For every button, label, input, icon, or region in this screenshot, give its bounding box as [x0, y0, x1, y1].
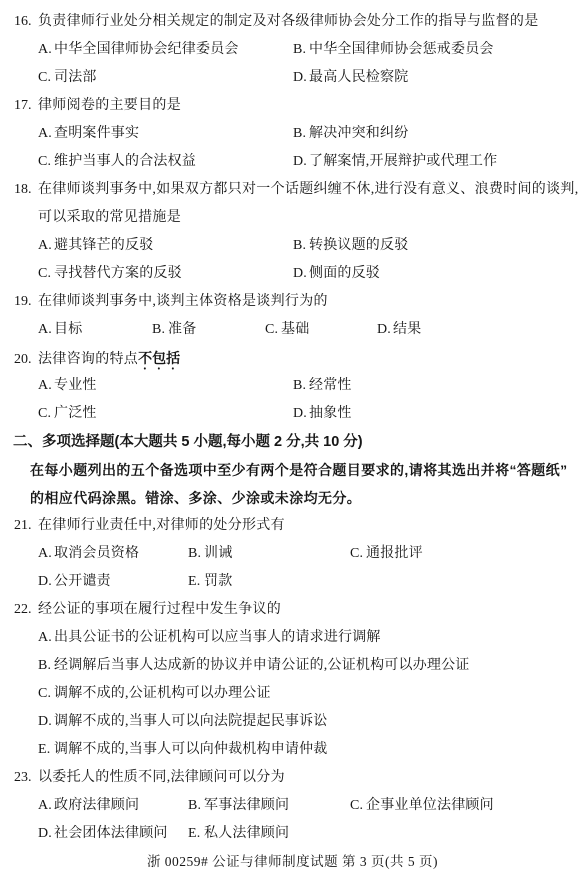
option-20-A: A.专业性 [38, 372, 97, 400]
option-19-C: C.基础 [265, 316, 309, 344]
option-16-C: C.司法部 [38, 64, 97, 92]
question-16-text: 负责律师行业处分相关规定的制定及对各级律师协会处分工作的指导与监督的是 [38, 14, 539, 29]
question-21-number: 21. [14, 512, 38, 540]
section-2-instruction-line1: 在每小题列出的五个备选项中至少有两个是符合题目要求的,请将其选出并将“答题纸” [0, 456, 585, 484]
option-18-C: C.寻找替代方案的反驳 [38, 260, 182, 288]
question-21-options-row-1: A.取消会员资格 B.训诫 C.通报批评 [0, 540, 585, 568]
option-17-A: A.查明案件事实 [38, 120, 139, 148]
question-23-text: 以委托人的性质不同,法律顾问可以分为 [38, 770, 285, 785]
option-23-E: E.私人法律顾问 [188, 820, 289, 848]
option-19-B: B.准备 [152, 316, 196, 344]
question-20-emphasis: 不包括 [138, 350, 180, 366]
question-23-options-row-1: A.政府法律顾问 B.军事法律顾问 C.企事业单位法律顾问 [0, 792, 585, 820]
question-22-number: 22. [14, 596, 38, 624]
question-20-number: 20. [14, 346, 38, 374]
question-23-options-row-2: D.社会团体法律顾问 E.私人法律顾问 [0, 820, 585, 848]
option-17-D: D.了解案情,开展辩护或代理工作 [293, 148, 497, 176]
option-22-B: B.经调解后当事人达成新的协议并申请公证的,公证机构可以办理公证 [38, 652, 470, 680]
question-22-text: 经公证的事项在履行过程中发生争议的 [38, 602, 281, 617]
option-21-B: B.训诫 [188, 540, 232, 568]
question-18: 18.在律师谈判事务中,如果双方都只对一个话题纠缠不休,进行没有意义、浪费时间的… [0, 176, 585, 204]
question-17: 17.律师阅卷的主要目的是 [0, 92, 585, 120]
option-23-A: A.政府法律顾问 [38, 792, 139, 820]
option-23-C: C.企事业单位法律顾问 [350, 792, 494, 820]
question-23-number: 23. [14, 764, 38, 792]
option-21-A: A.取消会员资格 [38, 540, 139, 568]
option-21-C: C.通报批评 [350, 540, 423, 568]
option-17-C: C.维护当事人的合法权益 [38, 148, 196, 176]
question-19-text: 在律师谈判事务中,谈判主体资格是谈判行为的 [38, 294, 328, 309]
option-18-B: B.转换议题的反驳 [293, 232, 408, 260]
section-2-instruction-line2: 的相应代码涂黑。错涂、多涂、少涂或未涂均无分。 [0, 484, 585, 512]
option-20-C: C.广泛性 [38, 400, 97, 428]
option-22-C: C.调解不成的,公证机构可以办理公证 [38, 680, 271, 708]
question-20-text: 法律咨询的特点 [38, 352, 138, 367]
question-22-option-B-row: B.经调解后当事人达成新的协议并申请公证的,公证机构可以办理公证 [0, 652, 585, 680]
question-22-option-E-row: E.调解不成的,当事人可以向仲裁机构申请仲裁 [0, 736, 585, 764]
option-20-B: B.经常性 [293, 372, 352, 400]
question-16: 16.负责律师行业处分相关规定的制定及对各级律师协会处分工作的指导与监督的是 [0, 8, 585, 36]
question-22-option-C-row: C.调解不成的,公证机构可以办理公证 [0, 680, 585, 708]
question-19-number: 19. [14, 288, 38, 316]
section-2-title: 二、多项选择题(本大题共 5 小题,每小题 2 分,共 10 分) [0, 428, 585, 456]
option-18-A: A.避其锋芒的反驳 [38, 232, 153, 260]
question-18-options-row-1: A.避其锋芒的反驳 B.转换议题的反驳 [0, 232, 585, 260]
question-17-number: 17. [14, 92, 38, 120]
question-20-options-row-2: C.广泛性 D.抽象性 [0, 400, 585, 428]
option-20-D: D.抽象性 [293, 400, 352, 428]
question-18-number: 18. [14, 176, 38, 204]
question-16-options-row-1: A.中华全国律师协会纪律委员会 B.中华全国律师协会惩戒委员会 [0, 36, 585, 64]
question-21-options-row-2: D.公开谴责 E.罚款 [0, 568, 585, 596]
question-17-options-row-1: A.查明案件事实 B.解决冲突和纠纷 [0, 120, 585, 148]
question-20-options-row-1: A.专业性 B.经常性 [0, 372, 585, 400]
option-21-D: D.公开谴责 [38, 568, 111, 596]
page-footer-text: 浙 00259# 公证与律师制度试题 第 3 页(共 5 页) [147, 854, 438, 869]
question-16-number: 16. [14, 8, 38, 36]
option-17-B: B.解决冲突和纠纷 [293, 120, 408, 148]
question-21: 21.在律师行业责任中,对律师的处分形式有 [0, 512, 585, 540]
option-22-A: A.出具公证书的公证机构可以应当事人的请求进行调解 [38, 624, 381, 652]
option-16-B: B.中华全国律师协会惩戒委员会 [293, 36, 494, 64]
question-20: 20.法律咨询的特点不包括 [0, 344, 585, 372]
question-18-text-continued: 可以采取的常见措施是 [0, 204, 585, 232]
question-18-text-line2: 可以采取的常见措施是 [0, 210, 181, 225]
option-18-D: D.侧面的反驳 [293, 260, 380, 288]
option-22-D: D.调解不成的,当事人可以向法院提起民事诉讼 [38, 708, 328, 736]
question-19: 19.在律师谈判事务中,谈判主体资格是谈判行为的 [0, 288, 585, 316]
exam-page: 16.负责律师行业处分相关规定的制定及对各级律师协会处分工作的指导与监督的是 A… [0, 0, 585, 885]
option-16-A: A.中华全国律师协会纪律委员会 [38, 36, 239, 64]
option-22-E: E.调解不成的,当事人可以向仲裁机构申请仲裁 [38, 736, 328, 764]
option-21-E: E.罚款 [188, 568, 232, 596]
page-footer: 浙 00259# 公证与律师制度试题 第 3 页(共 5 页) [0, 848, 585, 876]
question-17-text: 律师阅卷的主要目的是 [38, 98, 181, 113]
question-17-options-row-2: C.维护当事人的合法权益 D.了解案情,开展辩护或代理工作 [0, 148, 585, 176]
question-19-options-row: A.目标 B.准备 C.基础 D.结果 [0, 316, 585, 344]
question-22: 22.经公证的事项在履行过程中发生争议的 [0, 596, 585, 624]
question-23: 23.以委托人的性质不同,法律顾问可以分为 [0, 764, 585, 792]
option-19-A: A.目标 [38, 316, 82, 344]
question-22-option-D-row: D.调解不成的,当事人可以向法院提起民事诉讼 [0, 708, 585, 736]
option-16-D: D.最高人民检察院 [293, 64, 408, 92]
option-19-D: D.结果 [377, 316, 421, 344]
option-23-B: B.军事法律顾问 [188, 792, 289, 820]
option-23-D: D.社会团体法律顾问 [38, 820, 168, 848]
question-21-text: 在律师行业责任中,对律师的处分形式有 [38, 518, 285, 533]
question-22-option-A-row: A.出具公证书的公证机构可以应当事人的请求进行调解 [0, 624, 585, 652]
question-18-text-line1: 在律师谈判事务中,如果双方都只对一个话题纠缠不休,进行没有意义、浪费时间的谈判, [38, 182, 579, 197]
question-16-options-row-2: C.司法部 D.最高人民检察院 [0, 64, 585, 92]
question-18-options-row-2: C.寻找替代方案的反驳 D.侧面的反驳 [0, 260, 585, 288]
